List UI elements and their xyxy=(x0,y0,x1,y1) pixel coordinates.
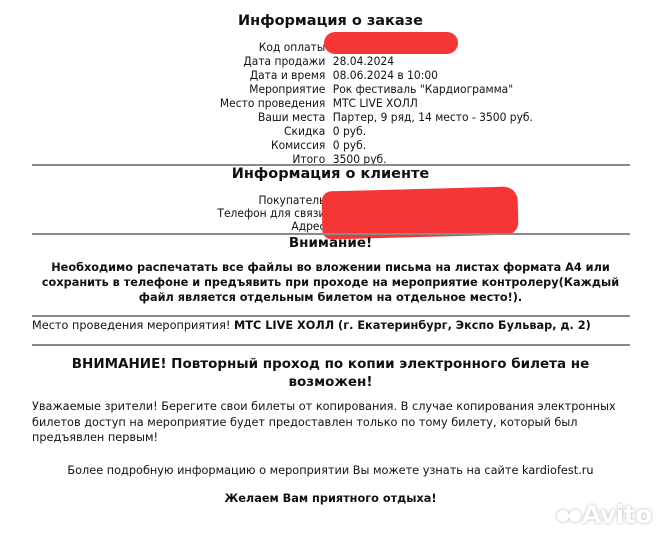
order-value: 0 руб. xyxy=(333,138,366,153)
order-value: 0 руб. xyxy=(333,124,366,139)
order-row-sale-date: Дата продажи 28.04.2024 xyxy=(23,54,638,69)
order-value: 08.06.2024 в 10:00 xyxy=(333,68,438,83)
venue-address: МТС LIVE ХОЛЛ (г. Екатеринбург, Экспо Бу… xyxy=(234,319,591,332)
attention-text: Необходимо распечатать все файлы во влож… xyxy=(0,260,661,305)
divider xyxy=(32,315,630,317)
order-label: Мероприятие xyxy=(249,82,325,97)
client-label: Адрес xyxy=(291,219,325,234)
venue-line: Место проведения мероприятия! МТС LIVE Х… xyxy=(32,318,591,333)
copy-notice-line: предъявлен первым! xyxy=(32,430,652,446)
order-label: Дата продажи xyxy=(243,54,325,69)
order-label: Место проведения xyxy=(220,96,325,111)
order-label: Ваши места xyxy=(258,110,325,125)
copy-notice-line: Уважаемые зрители! Берегите свои билеты … xyxy=(32,399,652,415)
attention-line: сохранить в телефоне и предъявить при пр… xyxy=(0,275,661,290)
avito-watermark-text: Avito xyxy=(582,500,652,529)
order-value: МТС LIVE ХОЛЛ xyxy=(333,96,418,111)
avito-dots-icon: ●● xyxy=(556,505,580,524)
order-row-commission: Комиссия 0 руб. xyxy=(23,138,638,153)
copy-warning-line: возможен! xyxy=(0,373,661,391)
order-label: Дата и время xyxy=(250,68,326,83)
order-row-event: Мероприятие Рок фестиваль "Кардиограмма" xyxy=(23,82,638,97)
order-label: Скидка xyxy=(284,124,325,139)
order-row-seats: Ваши места Партер, 9 ряд, 14 место - 350… xyxy=(23,110,638,125)
client-data-redaction xyxy=(321,186,518,239)
copy-notice-line: билетов доступ на мероприятие будет пред… xyxy=(32,415,652,431)
venue-prefix: Место проведения мероприятия! xyxy=(32,319,230,332)
attention-line: Необходимо распечатать все файлы во влож… xyxy=(0,260,661,275)
copy-warning-line: ВНИМАНИЕ! Повторный проход по копии элек… xyxy=(0,355,661,373)
order-row-venue: Место проведения МТС LIVE ХОЛЛ xyxy=(23,96,638,111)
order-value: 28.04.2024 xyxy=(333,54,394,69)
order-row-discount: Скидка 0 руб. xyxy=(23,124,638,139)
copy-notice: Уважаемые зрители! Берегите свои билеты … xyxy=(32,399,652,446)
order-row-datetime: Дата и время 08.06.2024 в 10:00 xyxy=(23,68,638,83)
order-value: Рок фестиваль "Кардиограмма" xyxy=(333,82,513,97)
client-info-title: Информация о клиенте xyxy=(0,166,661,182)
attention-line: файл является отдельным билетом на отдел… xyxy=(0,290,661,305)
copy-warning: ВНИМАНИЕ! Повторный проход по копии элек… xyxy=(0,355,661,391)
order-value: Партер, 9 ряд, 14 место - 3500 руб. xyxy=(333,110,533,125)
more-info: Более подробную информацию о мероприятии… xyxy=(0,463,661,478)
avito-watermark: ●●Avito xyxy=(556,500,652,529)
order-label: Комиссия xyxy=(271,138,325,153)
payment-code-redaction xyxy=(324,32,458,54)
attention-title: Внимание! xyxy=(0,235,661,251)
order-label: Код оплаты xyxy=(259,40,326,55)
order-info-title: Информация о заказе xyxy=(0,13,661,29)
divider xyxy=(32,344,630,346)
